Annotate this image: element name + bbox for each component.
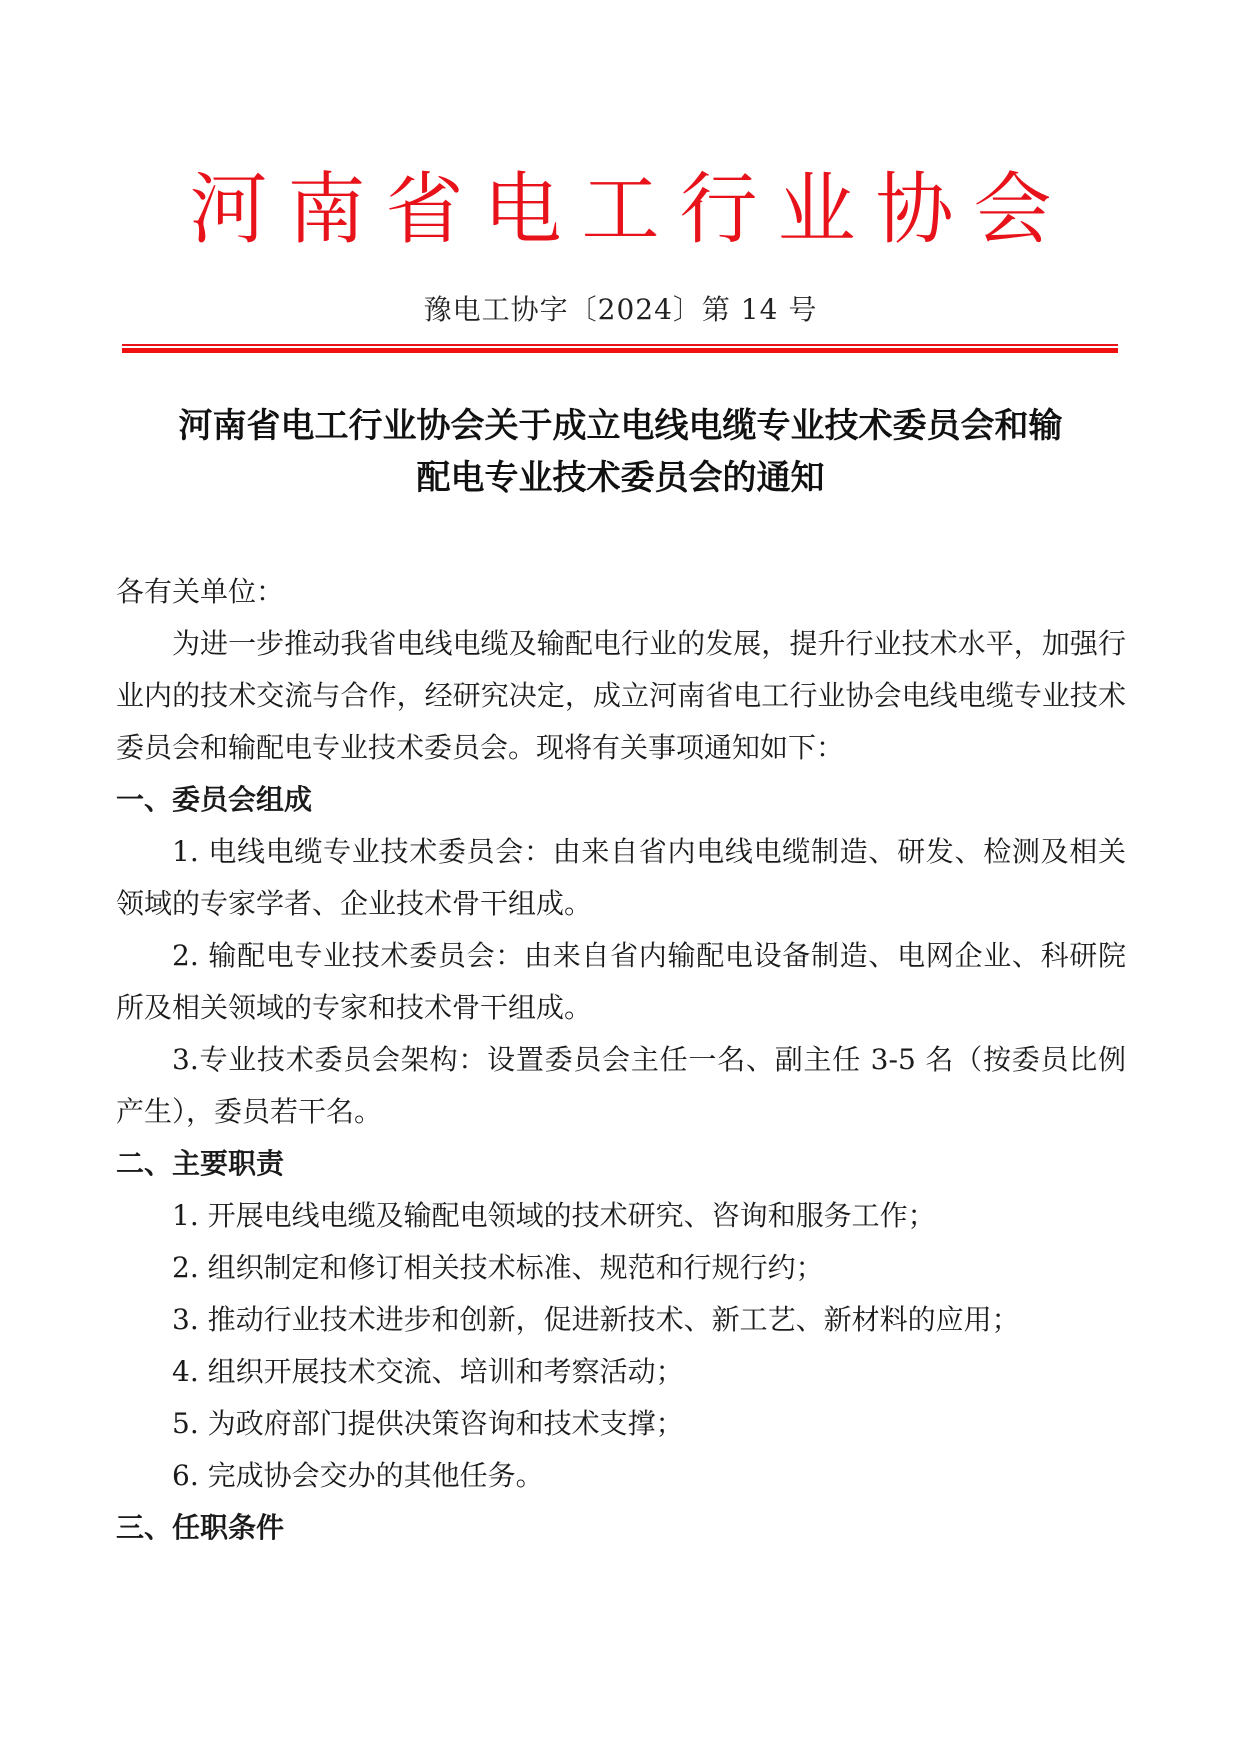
duty-item-2: 2. 组织制定和修订相关技术标准、规范和行规行约； [116, 1242, 1126, 1294]
document-number: 豫电工协字〔2024〕第 14 号 [0, 290, 1241, 330]
document-body: 各有关单位： 为进一步推动我省电线电缆及输配电行业的发展，提升行业技术水平，加强… [116, 566, 1126, 1554]
divider-thin-line [122, 344, 1118, 346]
duty-item-4: 4. 组织开展技术交流、培训和考察活动； [116, 1346, 1126, 1398]
section-heading-duties: 二、主要职责 [116, 1138, 1126, 1190]
duty-item-1: 1. 开展电线电缆及输配电领域的技术研究、咨询和服务工作； [116, 1190, 1126, 1242]
duty-item-5: 5. 为政府部门提供决策咨询和技术支撑； [116, 1398, 1126, 1450]
composition-paragraph-1: 1. 电线电缆专业技术委员会：由来自省内电线电缆制造、研发、检测及相关领域的专家… [116, 826, 1126, 930]
section-heading-qualifications: 三、任职条件 [116, 1502, 1126, 1554]
letterhead-organization: 河南省电工行业协会 [0, 160, 1241, 260]
divider-thick-line [122, 348, 1118, 353]
letterhead-divider [122, 344, 1118, 354]
title-line-1: 河南省电工行业协会关于成立电线电缆专业技术委员会和输 [0, 400, 1241, 452]
composition-paragraph-3: 3.专业技术委员会架构：设置委员会主任一名、副主任 3-5 名（按委员比例产生）… [116, 1034, 1126, 1138]
intro-paragraph: 为进一步推动我省电线电缆及输配电行业的发展，提升行业技术水平，加强行业内的技术交… [116, 618, 1126, 774]
duty-item-3: 3. 推动行业技术进步和创新，促进新技术、新工艺、新材料的应用； [116, 1294, 1126, 1346]
title-line-2: 配电专业技术委员会的通知 [0, 452, 1241, 504]
composition-paragraph-2: 2. 输配电专业技术委员会：由来自省内输配电设备制造、电网企业、科研院所及相关领… [116, 930, 1126, 1034]
document-page: 河南省电工行业协会 豫电工协字〔2024〕第 14 号 河南省电工行业协会关于成… [0, 0, 1241, 1754]
duty-item-6: 6. 完成协会交办的其他任务。 [116, 1450, 1126, 1502]
section-heading-composition: 一、委员会组成 [116, 774, 1126, 826]
salutation: 各有关单位： [116, 566, 1126, 618]
document-title: 河南省电工行业协会关于成立电线电缆专业技术委员会和输 配电专业技术委员会的通知 [0, 400, 1241, 504]
